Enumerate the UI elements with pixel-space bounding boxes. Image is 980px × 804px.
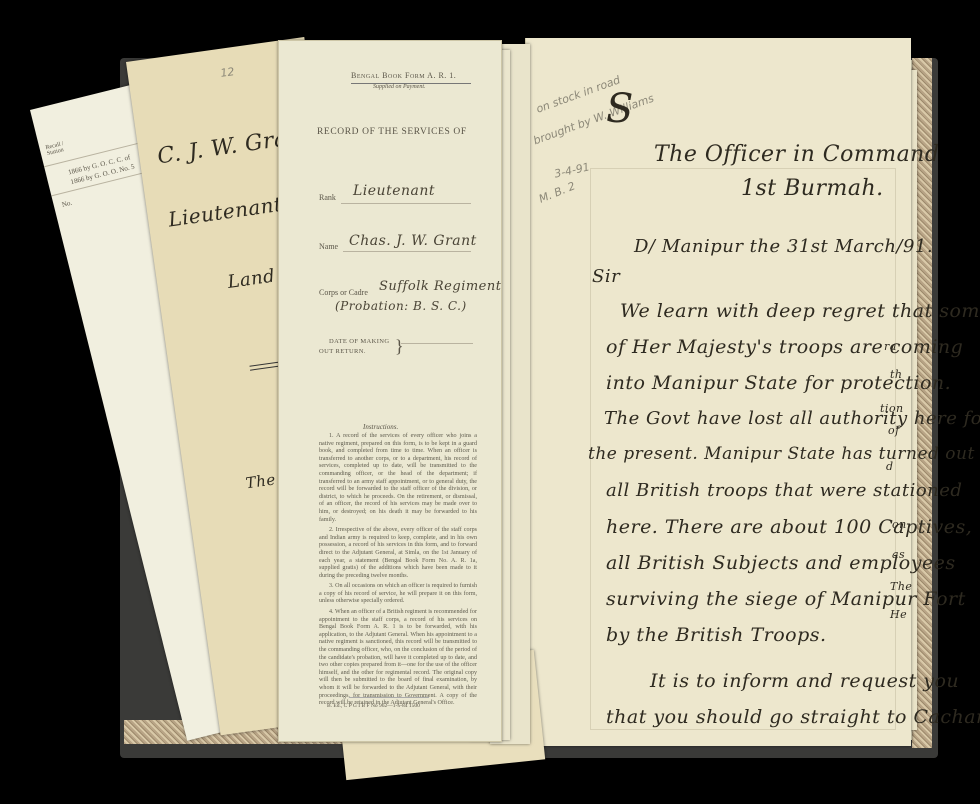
letter-line-16: that you should go straight to Cachar [606, 706, 980, 728]
date-label-1: DATE OF MAKING [329, 338, 390, 345]
cover-rank: Lieutenant [167, 192, 284, 232]
letter-line-1: The Officer in Command [654, 142, 939, 167]
name-value: Chas. J. W. Grant [349, 233, 477, 249]
margin-fragments: ra th tion of d on as The He [874, 300, 914, 620]
footer-rule [349, 697, 429, 698]
date-line [401, 343, 473, 344]
letter-line-4: Sir [592, 266, 620, 287]
form-footer: B. Ed., C P G I B F No 962—1-5-84 1500 [327, 703, 420, 709]
instruction-2: 2. Irrespective of the above, every offi… [319, 527, 477, 580]
slip-label-top: Recall / Station [45, 138, 77, 157]
margin-fragment: on [892, 518, 907, 531]
letter-line-14: by the British Troops. [606, 624, 827, 646]
salutation-mark: S [606, 86, 634, 132]
date-brace: } [395, 336, 404, 357]
cover-line3: Land [226, 265, 276, 292]
instruction-3: 3. On all occasions on which an officer … [319, 583, 477, 606]
name-line [343, 251, 471, 252]
letter-line-5: We learn with deep regret that some [620, 300, 980, 322]
margin-fragment: ra [884, 340, 897, 353]
letter-line-11: here. There are about 100 Captives, [606, 516, 972, 538]
margin-fragment: d [886, 460, 894, 473]
form-title: RECORD OF THE SERVICES OF [317, 127, 467, 137]
form-header: Bengal Book Form A. R. 1. [351, 71, 456, 80]
slip-label-no: No. [61, 199, 73, 209]
instructions-title: Instructions. [363, 423, 398, 431]
margin-fragment: tion [880, 402, 904, 415]
service-record-form: Bengal Book Form A. R. 1. Supplied on Pa… [278, 40, 502, 742]
corps-value-2: (Probation: B. S. C.) [335, 299, 467, 313]
instructions-body: 1. A record of the services of every off… [319, 433, 477, 711]
rank-value: Lieutenant [353, 183, 435, 199]
instruction-4: 4. When an officer of a British regiment… [319, 609, 477, 708]
date-label-2: OUT RETURN. [319, 348, 366, 355]
name-label: Name [319, 242, 338, 251]
margin-fragment: as [892, 548, 905, 561]
letter-page: on stock in road brought by W. Williams … [525, 38, 911, 746]
letter-line-2: 1st Burmah. [741, 176, 884, 201]
pencil-note-line-4: M. B. 2 [537, 179, 577, 205]
pencil-note-line-3: 3-4-91 [553, 160, 591, 180]
letter-line-8: The Govt have lost all authority here fo… [604, 408, 980, 429]
letter-line-3: D/ Manipur the 31st March/91. [634, 236, 933, 257]
margin-fragment: of [888, 424, 900, 437]
corps-value: Suffolk Regiment [379, 279, 501, 294]
corps-label: Corps or Cadre [319, 288, 368, 297]
form-subheader: Supplied on Payment. [373, 84, 426, 90]
rank-label: Rank [319, 193, 336, 202]
cover-page-number: 12 [220, 65, 236, 80]
instruction-1: 1. A record of the services of every off… [319, 433, 477, 524]
margin-fragment: th [890, 368, 903, 381]
letter-line-15: It is to inform and request you [650, 670, 959, 692]
rank-line [341, 203, 471, 204]
letter-line-9: the present. Manipur State has turned ou… [588, 444, 975, 464]
margin-fragment: He [890, 608, 907, 621]
margin-fragment: The [890, 580, 912, 593]
